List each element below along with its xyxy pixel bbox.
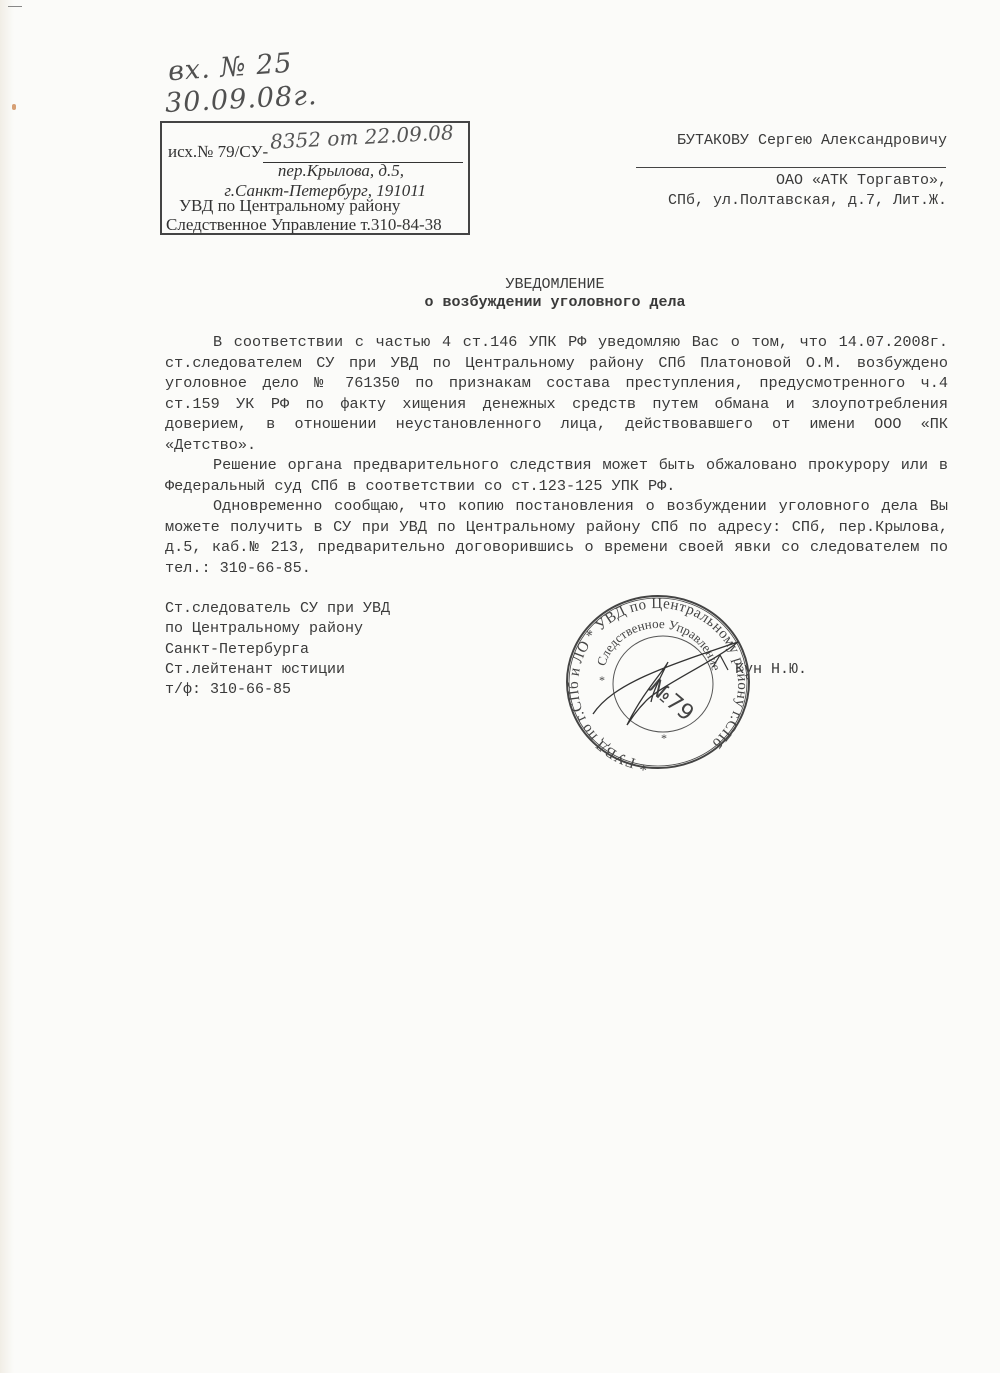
sender-stamp: исх.№ 79/СУ- 8352 от 22.09.08 пер.Крылов… (160, 121, 470, 235)
signer-phone: т/ф: 310-66-85 (165, 680, 390, 700)
addressee-address: СПб, ул.Полтавская, д.7, Лит.Ж. (668, 192, 947, 209)
sender-department: Следственное Управление т.310-84-38 (166, 215, 442, 235)
sender-address-line1: пер.Крылова, д.5, (278, 161, 404, 181)
handwritten-outgoing-number: 8352 от 22.09.08 (269, 120, 454, 154)
handwritten-incoming-date: 30.09.08г. (164, 80, 318, 119)
addressee-name: БУТАКОВУ Сергею Александровичу (677, 132, 947, 149)
addressee-underline (636, 167, 946, 168)
official-seal-icon: * ГУВД по г.СПб и ЛО * УВД по Центрально… (563, 592, 753, 772)
signer-district: по Центральному району (165, 619, 390, 639)
sender-organization: УВД по Центральному району (179, 196, 400, 216)
body-paragraph-3: Одновременно сообщаю, что копию постанов… (165, 496, 948, 578)
outgoing-number-label: исх.№ 79/СУ- (168, 142, 268, 162)
svg-text:*: * (599, 673, 605, 687)
document-title: УВЕДОМЛЕНИЕ (0, 276, 1000, 293)
svg-text:*: * (661, 731, 667, 745)
signer-rank: Ст.лейтенант юстиции (165, 660, 390, 680)
signer-position: Ст.следователь СУ при УВД (165, 599, 390, 619)
addressee-organization: ОАО «АТК Торгавто», (776, 172, 947, 189)
scan-edge-tick (8, 6, 22, 7)
scan-edge-mark (12, 104, 16, 110)
paragraph-text: Решение органа предварительного следстви… (165, 455, 948, 496)
paragraph-text: Одновременно сообщаю, что копию постанов… (165, 496, 948, 578)
paragraph-text: В соответствии с частью 4 ст.146 УПК РФ … (165, 332, 948, 455)
document-page: вх. № 25 30.09.08г. исх.№ 79/СУ- 8352 от… (0, 0, 1000, 1373)
body-paragraph-2: Решение органа предварительного следстви… (165, 455, 948, 496)
signature-block: Ст.следователь СУ при УВД по Центральном… (165, 599, 390, 700)
scan-edge-shadow (0, 0, 14, 1373)
document-subtitle: о возбуждении уголовного дела (0, 294, 1000, 311)
signer-city: Санкт-Петербурга (165, 640, 390, 660)
body-paragraph-1: В соответствии с частью 4 ст.146 УПК РФ … (165, 332, 948, 455)
